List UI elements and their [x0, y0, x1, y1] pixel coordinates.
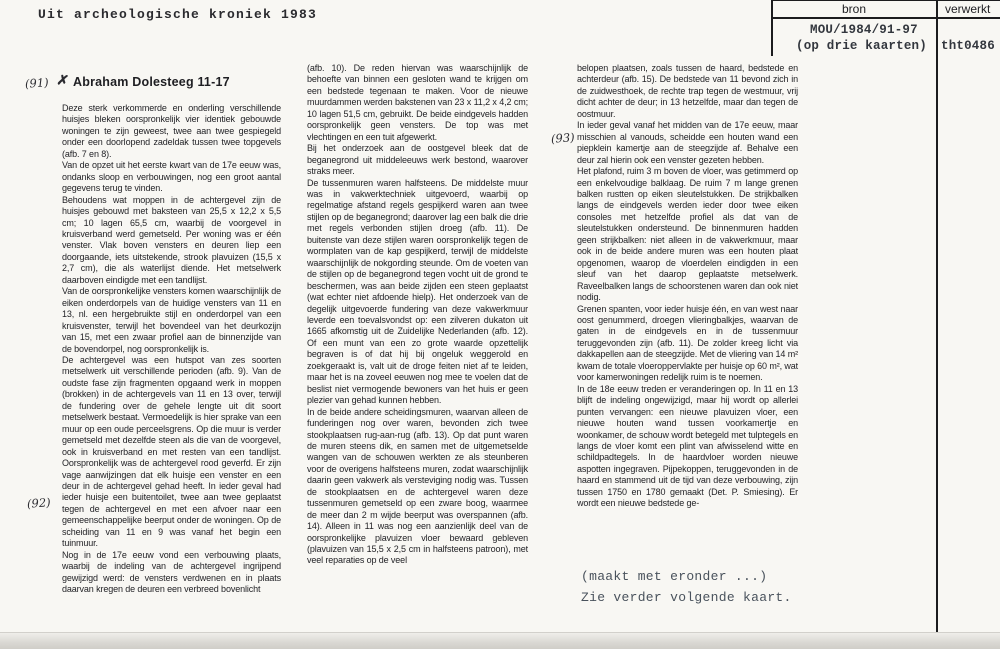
paragraph: De tussenmuren waren halfsteens. De midd…	[307, 178, 528, 407]
margin-annotation-91: (91)	[25, 75, 50, 91]
paragraph: In de beide andere scheidingsmuren, waar…	[307, 407, 528, 567]
text-column-3: belopen plaatsen, zoals tussen de haard,…	[577, 63, 798, 510]
scanned-archive-card: { "page_title": "Uit archeologische kron…	[0, 0, 1000, 649]
paragraph: De achtergevel was een hutspot van zes s…	[62, 355, 281, 550]
verwerkt-value: tht0486	[941, 39, 995, 53]
paragraph: In ieder geval vanaf het midden van de 1…	[577, 120, 798, 166]
bron-value: MOU/1984/91-97	[810, 23, 918, 37]
bron-column-header: bron	[772, 2, 936, 16]
paragraph: In de 18e eeuw treden er veranderingen o…	[577, 384, 798, 510]
bron-value-note: (op drie kaarten)	[796, 39, 927, 53]
paragraph: Nog in de 17e eeuw vond een verbouwing p…	[62, 550, 281, 596]
paragraph: Bij het onderzoek aan de oostgevel bleek…	[307, 143, 528, 177]
typed-closing-note: (maakt met eronder ...) Zie verder volge…	[581, 566, 792, 608]
table-header-underline	[771, 17, 1000, 19]
text-column-2: (afb. 10). De reden hiervan was waarschi…	[307, 63, 528, 567]
margin-annotation-92: (92)	[27, 495, 52, 511]
paragraph: Grenen spanten, voor ieder huisje één, e…	[577, 304, 798, 384]
paragraph: Deze sterk verkommerde en onderling vers…	[62, 103, 281, 160]
paragraph: Het plafond, ruim 3 m boven de vloer, wa…	[577, 166, 798, 303]
typed-note-line: Zie verder volgende kaart.	[581, 587, 792, 608]
page-title: Uit archeologische kroniek 1983	[38, 7, 317, 22]
table-column-divider	[936, 0, 938, 649]
paragraph: Van de opzet uit het eerste kwart van de…	[62, 160, 281, 194]
text-column-1: Deze sterk verkommerde en onderling vers…	[62, 103, 281, 595]
check-mark-icon: ✗	[56, 71, 71, 90]
paragraph: Behoudens wat moppen in de achtergevel z…	[62, 195, 281, 287]
typed-note-line: (maakt met eronder ...)	[581, 566, 792, 587]
article-title: Abraham Dolesteeg 11-17	[73, 75, 230, 89]
paragraph: belopen plaatsen, zoals tussen de haard,…	[577, 63, 798, 120]
margin-annotation-93: (93)	[551, 130, 576, 146]
paragraph: (afb. 10). De reden hiervan was waarschi…	[307, 63, 528, 143]
scan-edge	[0, 632, 1000, 649]
verwerkt-column-header: verwerkt	[945, 2, 990, 16]
paragraph: Van de oorspronkelijke vensters komen wa…	[62, 286, 281, 355]
